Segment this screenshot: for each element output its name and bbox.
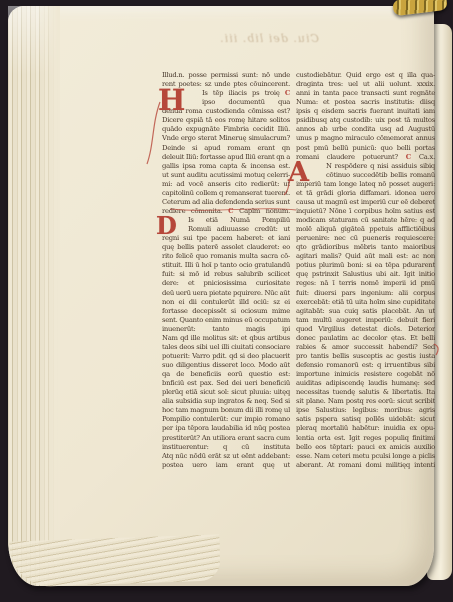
text-line: unus p magno miraculo cōmemorat annus xyxy=(296,134,435,143)
show-through-header: Ciu. dei lib. iii. xyxy=(204,32,334,50)
text-line: molē aliquā gigāteā ppetuis afflictiōibu… xyxy=(296,225,435,234)
text-line: Dicere qspiā tā eos romę hitare solitos xyxy=(162,116,290,125)
text-line: per ipa tēpora laudabilia id nūq postea xyxy=(162,424,290,433)
text-line: non ei dii contulerūt illd ociū: sz ei m… xyxy=(162,298,290,307)
text-line: regni sui tpe pacem haberet: et iani por… xyxy=(162,234,290,243)
text-segment: fuit: si mō id rebus salubrib scilicet i… xyxy=(162,270,290,279)
text-line: anni in tanta pace transacti sunt regnāt… xyxy=(296,89,435,98)
text-segment: alia subsidia sup ingratos & neq. Sed si xyxy=(162,397,290,405)
text-line: plerūq etiā sicut sol: sicut pluuia: uit… xyxy=(162,388,290,397)
text-segment: instituerentur: q cū instituta celebrare… xyxy=(162,443,290,452)
text-column-right: custodiebātur. Quid ergo est q illa qua-… xyxy=(296,71,435,470)
text-line: inquietū? Nōne ī corpibus hoīm satius es… xyxy=(296,207,435,216)
text-line: fuit: si mō id rebus salubrib scilicet i… xyxy=(162,270,290,279)
text-line: potius plurimū boni: si ea tēpa pduraren… xyxy=(296,261,435,270)
text-line: Is etiā Numā Pompiliū successorē xyxy=(162,216,290,225)
text-line: Nam qd ille molitus sit: et qbus artibus xyxy=(162,334,290,343)
text-line: instituerentur: q cū instituta celebrare… xyxy=(162,443,290,452)
text-line: draginta tres: uel ut alii uolunt. xxxix… xyxy=(296,80,435,89)
text-segment: qa de beneficiis eorū questio est: magnu… xyxy=(162,370,290,379)
text-line: bnficiū est pax. Sed dei ueri beneficiū … xyxy=(162,379,290,388)
text-segment: causa ut magnū est imperiū cur eē debere… xyxy=(296,198,435,206)
text-line: Vnde ergo sterat Mineruę simulacrum? xyxy=(162,134,290,143)
text-segment: exercebāt: etiā tū uita hoīm sine cupidi… xyxy=(296,298,435,306)
text-segment: psidibusq atq custodib: uix post tā mult… xyxy=(296,116,435,124)
text-segment: sent. Quanto enim minus eū occupatum xyxy=(162,316,290,324)
text-line: et tā grādi gloria diffamari. idonea uer… xyxy=(296,189,435,198)
text-line: agitabāt: sua cuiq satis placebāt. An ut xyxy=(296,307,435,316)
text-line: annos ab urbe condita usq ad Augustū xyxy=(296,125,435,134)
text-segment: auiditas adipiscendę laudis humanę: sed xyxy=(296,379,435,387)
text-line: agitari malis? Quid aūt mali est: ac non xyxy=(296,252,435,261)
text-segment: prestiterūt? An utiliora erant sacra cum xyxy=(162,434,290,442)
text-segment: stituit. Illi ū hoī p tanto ocio gratula… xyxy=(162,261,290,269)
text-segment: esse. Nam ceteri metu pculsi longe a pic… xyxy=(296,452,435,460)
text-segment: donec paulatim ac decolor ętas. Et belli xyxy=(296,334,435,342)
text-segment: rabies & amor successit habendi? Sed pla… xyxy=(296,343,435,352)
text-segment: quę bellis paterē assolet clauderet: eo … xyxy=(162,243,290,252)
text-segment: Vnde ergo sterat Mineruę simulacrum? xyxy=(162,134,290,142)
text-line: importune inimicis resistere cogebāt nō xyxy=(296,370,435,379)
text-segment: importune inimicis resistere cogebāt nō xyxy=(296,370,435,378)
text-segment: bnficiū est pax. Sed dei ueri beneficiū … xyxy=(162,379,290,388)
text-line: quę pstrinxit Salustius ubi ait. Igit in… xyxy=(296,270,435,279)
text-line: auiditas adipiscendę laudis humanę: sed xyxy=(296,379,435,388)
text-line: Deinde si apud romam erant qn Fimbria xyxy=(162,144,290,153)
text-line: Atq nūc nōdū erāt sz ut eēnt addebant: xyxy=(162,452,290,461)
text-line: exercebāt: etiā tū uita hoīm sine cupidi… xyxy=(296,298,435,307)
text-segment: reges: nā ī terris nomē imperii id pmū xyxy=(296,279,435,287)
text-segment: lentia orta est. Igit reges populiq fini… xyxy=(296,434,435,442)
text-line: defensio romanorū est: q irruentibus sib… xyxy=(296,361,435,370)
text-segment: necessitas tuendę salutis & libertatis. … xyxy=(296,388,435,396)
text-line: cōtinuo succedētib bellis romanū xyxy=(296,171,435,180)
text-line: inuenerūt: tanto magis ipi occupauerunt. xyxy=(162,325,290,334)
text-segment: per ipa tēpora laudabilia id nūq postea xyxy=(162,424,290,432)
text-line: rito felicē quo romanis multa sacra cō- xyxy=(162,252,290,261)
text-segment: deleuit Iliū: fortasse apud Iliū erant q… xyxy=(162,153,290,161)
text-column-left: Illud.n. posse permissi sunt: nō unde pb… xyxy=(162,71,290,470)
text-line: hoc tam magnum bonum dii illi romę ul xyxy=(162,406,290,415)
text-line: qa de beneficiis eorū questio est: magnu… xyxy=(162,370,290,379)
text-segment: modicam staturam cū sanitate hēre: q ad xyxy=(296,216,435,224)
text-line: quę bellis paterē assolet clauderet: eo … xyxy=(162,243,290,252)
text-segment: et tā grādi gloria diffamari. idonea uer… xyxy=(296,189,435,197)
text-segment: Numa: et postea sacris institutis: diisq xyxy=(296,98,435,106)
text-segment: sit plane. Nam postq res eorū: sicut scr… xyxy=(296,397,435,405)
text-line: Ceterum ad alia defendenda serius sunt xyxy=(162,198,290,207)
text-line: potuerit: Varro pdit. qd si deo placueri… xyxy=(162,352,290,361)
text-line: quod Virgilius detestat dicēs. Deterior xyxy=(296,325,435,334)
text-segment: defensio romanorū est: q irruentibus sib… xyxy=(296,361,435,369)
text-segment: rito felicē quo romanis multa sacra cō- xyxy=(162,252,290,260)
scanned-book-photo: Ciu. dei lib. iii. Illud.n. posse permis… xyxy=(0,0,453,602)
text-line: suo diligentius disseret loco. Modo aūt xyxy=(162,361,290,370)
text-line: esse. Nam ceteri metu pculsi longe a pic… xyxy=(296,452,435,461)
text-segment: non ei dii contulerūt illd ociū: sz ei m… xyxy=(162,298,290,307)
text-line: deleuit Iliū: fortasse apud Iliū erant q… xyxy=(162,153,290,162)
text-line: dere: et pniciosissima curiositate negle… xyxy=(162,279,290,288)
page-edges-left xyxy=(8,6,60,586)
text-line: tales deos sibi uel illi ciuitati consoc… xyxy=(162,343,290,352)
text-segment: capitolinū collem q remanserat tuerent. xyxy=(162,189,290,197)
text-segment: Ca.x. xyxy=(419,153,435,161)
text-segment: regni sui tpe pacem haberet: et iani por… xyxy=(162,234,290,243)
text-line: Romuli adiuuasse credūt: ut toto xyxy=(162,225,290,234)
text-segment: Dicere qspiā tā eos romę hitare solitos xyxy=(162,116,290,124)
text-line: ipse Salustius: legibus: moribus: agris … xyxy=(296,406,435,415)
text-segment: fuit: diuersi pars ingenium: alii corpus xyxy=(296,289,435,297)
text-line: prestiterūt? An utiliora erant sacra cum xyxy=(162,434,290,443)
text-segment: draginta tres: uel ut alii uolunt. xxxix… xyxy=(296,80,435,88)
text-segment: peruenire: nec cū pueneris requiescere: … xyxy=(296,234,435,243)
text-line: alia subsidia sup ingratos & neq. Sed si xyxy=(162,397,290,406)
rubric-mark: C xyxy=(406,153,419,161)
text-line: necessitas tuendę salutis & libertatis. … xyxy=(296,388,435,397)
text-segment: quādo expugnāte Fimbria cecidit Iliū. xyxy=(162,125,290,133)
text-segment: Nam qd ille molitus sit: et qbus artibus xyxy=(162,334,290,342)
text-line: Pompilio contulerūt: cur impio romano xyxy=(162,415,290,424)
text-segment: N respōdere q nisi assiduis sibiq xyxy=(326,162,435,170)
text-segment: ut sunt auditu acutissimi motuq celerri- xyxy=(162,171,290,179)
text-segment: quod Virgilius detestat dicēs. Deterior xyxy=(296,325,435,333)
text-segment: Romuli adiuuasse credūt: ut toto xyxy=(188,225,290,234)
text-segment: annos ab urbe condita usq ad Augustū xyxy=(296,125,435,133)
text-line: imperiū tam longe lateq nō posset augeri… xyxy=(296,180,435,189)
text-line: psidibusq atq custodib: uix post tā mult… xyxy=(296,116,435,125)
text-segment: Illud.n. posse permissi sunt: nō unde pb… xyxy=(162,71,290,80)
text-segment: quę pstrinxit Salustius ubi ait. Igit in… xyxy=(296,270,435,278)
text-segment: Atq nūc nōdū erāt sz ut eēnt addebant: xyxy=(162,452,290,460)
text-segment: Ceterum ad alia defendenda serius sunt xyxy=(162,198,290,206)
text-line: ipsis q eisdem sacris fuerant inuitati i… xyxy=(296,107,435,116)
text-line: pleraq mortaliū habētur: inuidia ex opu- xyxy=(296,424,435,433)
text-segment: ipso documentū qua tandem pru- xyxy=(202,98,290,107)
text-line: bello eos tēptari: pauci ex amicis auxil… xyxy=(296,443,435,452)
text-segment: satis pspera satisq pollēs uidebāt: sicu… xyxy=(296,415,435,423)
text-line: satis pspera satisq pollēs uidebāt: sicu… xyxy=(296,415,435,424)
text-segment: romani claudere potuerunt? xyxy=(296,153,406,161)
drop-cap-initial: D xyxy=(156,214,177,238)
text-segment: hoc tam magnum bonum dii illi romę ul xyxy=(162,406,290,414)
text-segment: mi: ad vocē anseris cito redierūt: ut sa… xyxy=(162,180,290,189)
text-segment: aberant. At romani domi militięq intenti xyxy=(296,461,435,469)
text-line: Numa: et postea sacris institutis: diisq xyxy=(296,98,435,107)
text-segment: tales deos sibi uel illi ciuitati consoc… xyxy=(162,343,290,351)
text-line: N respōdere q nisi assiduis sibiq xyxy=(296,162,435,171)
text-line: modicam staturam cū sanitate hēre: q ad xyxy=(296,216,435,225)
text-line: custodiebātur. Quid ergo est q illa qua- xyxy=(296,71,435,80)
rubric-mark: C xyxy=(285,89,290,97)
text-line: romani claudere potuerunt? C Ca.x. xyxy=(296,153,435,162)
text-segment: custodiebātur. Quid ergo est q illa qua- xyxy=(296,71,435,79)
text-segment: Is etiā Numā Pompiliū successorē xyxy=(188,216,290,225)
text-segment: deū uerū uera pietate pquirere. Nūc aūt xyxy=(162,289,290,297)
drop-cap-initial: H xyxy=(158,86,185,115)
text-line: capitolinū collem q remanserat tuerent. xyxy=(162,189,290,198)
text-segment: qto grādioribus mēbris tanto maioribus xyxy=(296,243,435,251)
text-line: sit plane. Nam postq res eorū: sicut scr… xyxy=(296,397,435,406)
text-segment: agitabāt: sua cuiq satis placebāt. An ut xyxy=(296,307,435,315)
text-segment: ipse Salustius: legibus: moribus: agris … xyxy=(296,406,435,415)
text-segment: potius plurimū boni: si ea tēpa pduraren… xyxy=(296,261,435,269)
text-segment: Pompilio contulerūt: cur impio romano xyxy=(162,415,290,423)
text-segment: agitari malis? Quid aūt mali est: ac non xyxy=(296,252,435,260)
page-edges-bottom xyxy=(9,534,220,587)
text-line: qto grādioribus mēbris tanto maioribus xyxy=(296,243,435,252)
text-segment: inquietū? Nōne ī corpibus hoīm satius es… xyxy=(296,207,435,215)
text-segment: plerūq etiā sicut sol: sicut pluuia: uit… xyxy=(162,388,290,396)
text-segment: post pmū bellū punicū: quo belli portas xyxy=(296,144,435,152)
text-segment: Caplm nonum. xyxy=(239,207,290,215)
text-line: lentia orta est. Igit reges populiq fini… xyxy=(296,434,435,443)
text-segment: molē aliquā gigāteā ppetuis afflictiōibu… xyxy=(296,225,435,233)
text-line: fortasse decepissēt si ociosum mime repi… xyxy=(162,307,290,316)
text-line: deū uerū uera pietate pquirere. Nūc aūt xyxy=(162,289,290,298)
text-line: reges: nā ī terris nomē imperii id pmū xyxy=(296,279,435,288)
text-line: postea uero iam erant quę ut prodessent xyxy=(162,461,290,470)
text-segment: postea uero iam erant quę ut prodessent xyxy=(162,461,290,470)
text-segment: gallis ipsa roma capta & incensa est. Se… xyxy=(162,162,290,171)
text-segment: cōtinuo succedētib bellis romanū xyxy=(326,171,435,179)
text-line: peruenire: nec cū pueneris requiescere: … xyxy=(296,234,435,243)
text-line: tam multū augeret imperiū: debuit fieri xyxy=(296,316,435,325)
text-segment: imperiū tam longe lateq nō posset augeri… xyxy=(296,180,435,188)
text-line: donec paulatim ac decolor ętas. Et belli xyxy=(296,334,435,343)
text-line: causa ut magnū est imperiū cur eē debere… xyxy=(296,198,435,207)
text-line: stituit. Illi ū hoī p tanto ocio gratula… xyxy=(162,261,290,270)
text-segment: bello eos tēptari: pauci ex amicis auxil… xyxy=(296,443,435,451)
text-line: sent. Quanto enim minus eū occupatum xyxy=(162,316,290,325)
text-segment: fortasse decepissēt si ociosum mime repi… xyxy=(162,307,290,316)
text-segment: Deinde si apud romam erant qn Fimbria xyxy=(162,144,290,153)
text-line: post pmū bellū punicū: quo belli portas xyxy=(296,144,435,153)
text-segment: pro tantis bellis susceptis ac gestis iu… xyxy=(296,352,435,360)
text-segment: suo diligentius disseret loco. Modo aūt xyxy=(162,361,290,369)
drop-cap-initial: A xyxy=(288,159,309,186)
text-line: gallis ipsa roma capta & incensa est. Se… xyxy=(162,162,290,171)
text-line: fuit: diuersi pars ingenium: alii corpus xyxy=(296,289,435,298)
text-segment: inuenerūt: tanto magis ipi occupauerunt. xyxy=(162,325,290,334)
text-line: rabies & amor successit habendi? Sed pla… xyxy=(296,343,435,352)
text-segment: potuerit: Varro pdit. qd si deo placueri… xyxy=(162,352,290,360)
text-segment: dere: et pniciosissima curiositate negle… xyxy=(162,279,290,288)
text-segment: pleraq mortaliū habētur: inuidia ex opu- xyxy=(296,424,435,432)
text-segment: Is tēp iliacis ps troię xyxy=(202,89,285,97)
text-line: mi: ad vocē anseris cito redierūt: ut sa… xyxy=(162,180,290,189)
text-segment: unus p magno miraculo cōmemorat annus xyxy=(296,134,435,142)
text-segment: ipsis q eisdem sacris fuerant inuitati i… xyxy=(296,107,435,115)
text-line: aberant. At romani domi militięq intenti xyxy=(296,461,435,470)
text-segment: anni in tanta pace transacti sunt regnāt… xyxy=(296,89,435,97)
text-line: pro tantis bellis susceptis ac gestis iu… xyxy=(296,352,435,361)
text-line: rediere cōmonita. C Caplm nonum. xyxy=(162,207,290,216)
text-line: quādo expugnāte Fimbria cecidit Iliū. xyxy=(162,125,290,134)
text-line: Illud.n. posse permissi sunt: nō unde pb… xyxy=(162,71,290,80)
rubric-mark: C xyxy=(228,207,239,215)
text-segment: tam multū augeret imperiū: debuit fieri xyxy=(296,316,435,324)
text-line: ut sunt auditu acutissimi motuq celerri- xyxy=(162,171,290,180)
